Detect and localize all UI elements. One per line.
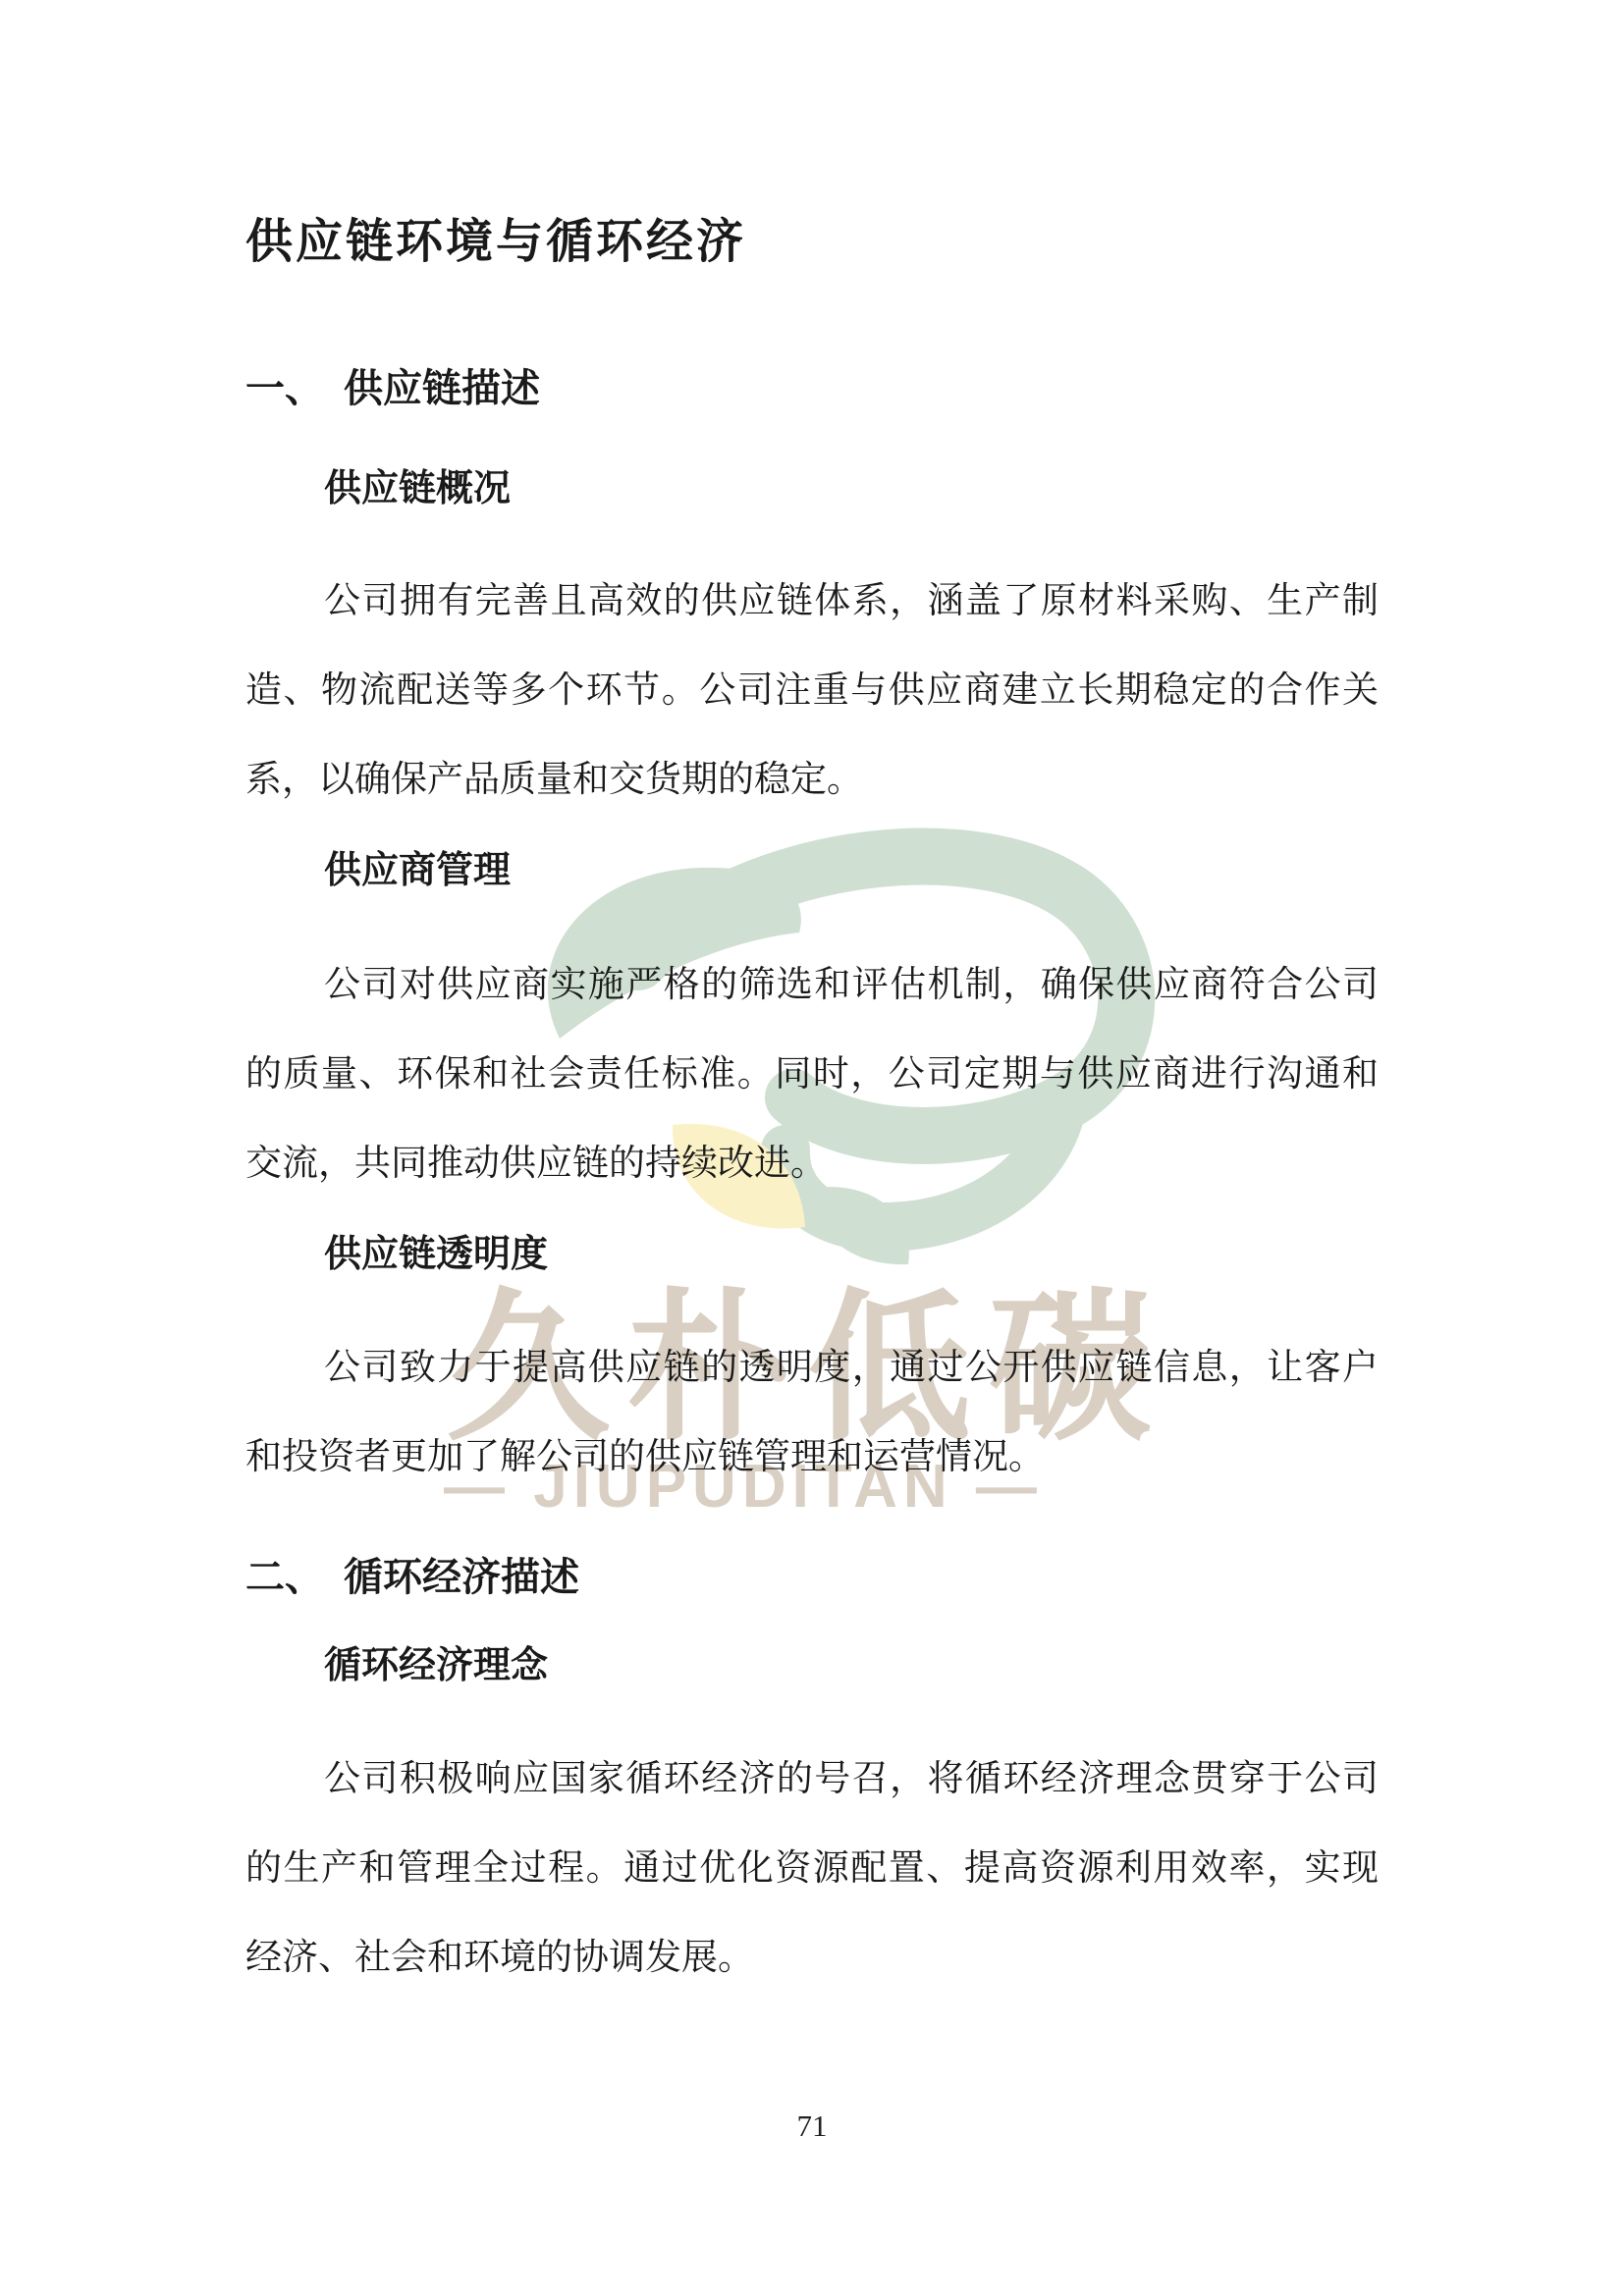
section-heading-text: 供应链描述	[344, 366, 540, 410]
page-title: 供应链环境与循环经济	[245, 216, 1379, 269]
section-number: 一、	[245, 367, 344, 410]
paragraph-line: 和投资者更加了解公司的供应链管理和运营情况。	[245, 1413, 1379, 1502]
paragraph-line: 的质量、环保和社会责任标准。同时，公司定期与供应商进行沟通和	[245, 1030, 1379, 1119]
paragraph-supplier-management: 公司对供应商实施严格的筛选和评估机制，确保供应商符合公司 的质量、环保和社会责任…	[245, 940, 1379, 1208]
subsection-heading-supplier-management: 供应商管理	[324, 850, 1379, 891]
paragraph-line: 公司对供应商实施严格的筛选和评估机制，确保供应商符合公司	[245, 940, 1379, 1030]
subsection-heading-transparency: 供应链透明度	[324, 1234, 1379, 1275]
page-number: 71	[245, 2109, 1379, 2144]
section-number: 二、	[245, 1556, 344, 1599]
paragraph-line: 的生产和管理全过程。通过优化资源配置、提高资源利用效率，实现	[245, 1824, 1379, 1913]
paragraph-overview: 公司拥有完善且高效的供应链体系，涵盖了原材料采购、生产制 造、物流配送等多个环节…	[245, 557, 1379, 825]
section-heading-circular-economy: 二、循环经济描述	[245, 1556, 1379, 1599]
paragraph-line: 公司积极响应国家循环经济的号召，将循环经济理念贯穿于公司	[245, 1735, 1379, 1824]
paragraph-line: 造、物流配送等多个环节。公司注重与供应商建立长期稳定的合作关	[245, 646, 1379, 735]
section-heading-text: 循环经济描述	[344, 1555, 579, 1599]
paragraph-line: 公司拥有完善且高效的供应链体系，涵盖了原材料采购、生产制	[245, 557, 1379, 646]
document-page: 久朴低碳 — JIUPUDITAN — 供应链环境与循环经济 一、供应链描述 供…	[0, 0, 1624, 2296]
paragraph-line: 交流，共同推动供应链的持续改进。	[245, 1119, 1379, 1208]
subsection-heading-circular-concept: 循环经济理念	[324, 1645, 1379, 1686]
paragraph-transparency: 公司致力于提高供应链的透明度，通过公开供应链信息，让客户 和投资者更加了解公司的…	[245, 1323, 1379, 1502]
section-heading-supply-chain: 一、供应链描述	[245, 367, 1379, 410]
paragraph-circular-concept: 公司积极响应国家循环经济的号召，将循环经济理念贯穿于公司 的生产和管理全过程。通…	[245, 1735, 1379, 2002]
paragraph-line: 经济、社会和环境的协调发展。	[245, 1913, 1379, 2002]
paragraph-line: 公司致力于提高供应链的透明度，通过公开供应链信息，让客户	[245, 1323, 1379, 1413]
paragraph-line: 系，以确保产品质量和交货期的稳定。	[245, 735, 1379, 825]
subsection-heading-overview: 供应链概况	[324, 468, 1379, 509]
